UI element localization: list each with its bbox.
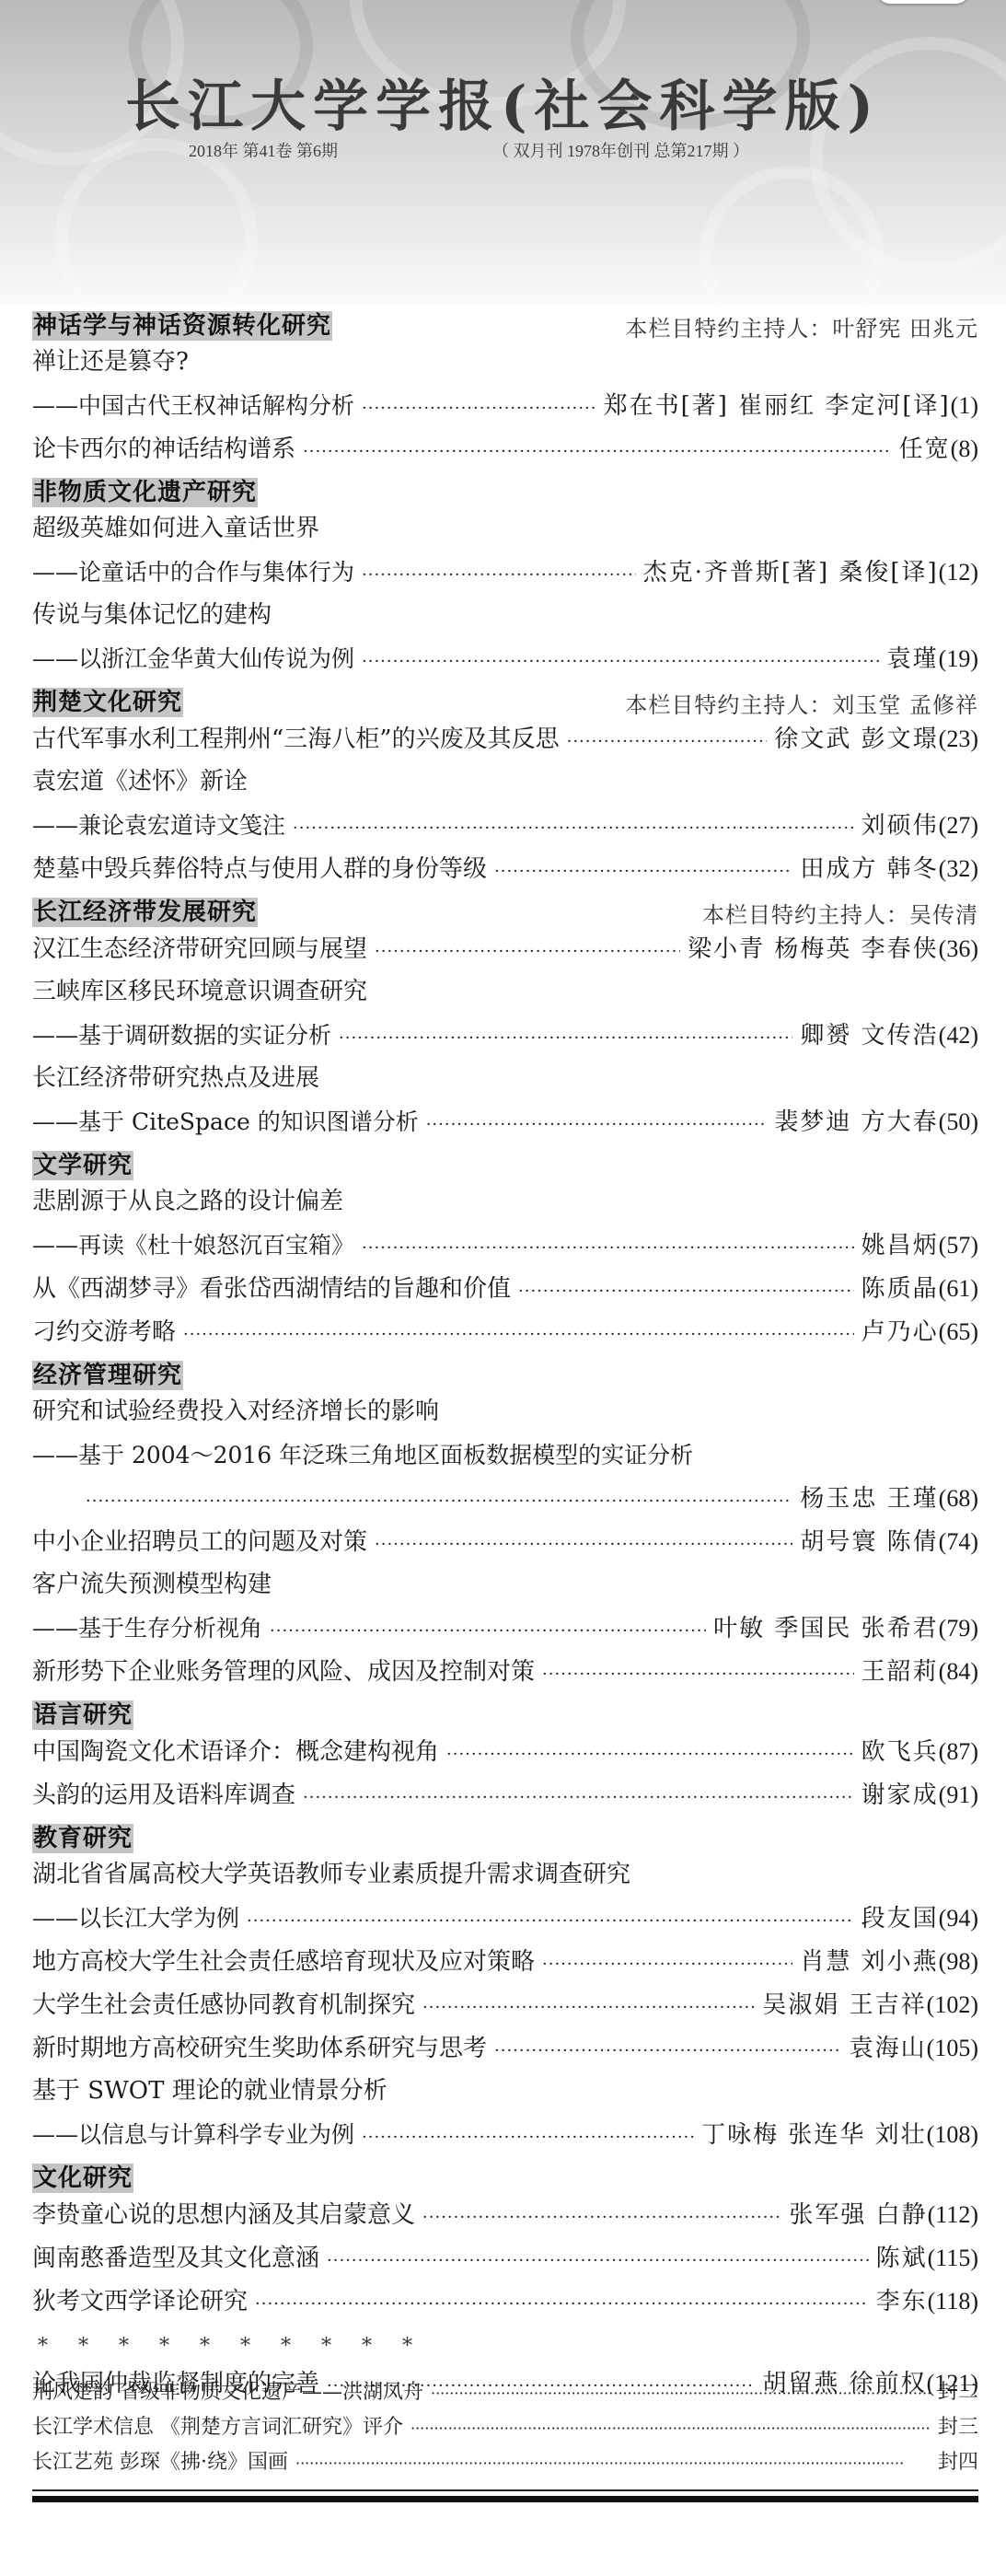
entry-page: (42) xyxy=(939,1014,978,1057)
section-label: 文化研究 xyxy=(32,2164,133,2193)
toc-entry[interactable]: ——以长江大学为例段友国(94) xyxy=(32,1897,978,1940)
leader-dots xyxy=(375,930,680,970)
entry-title: ——基于 2004～2016 年泛珠三角地区面板数据模型的实证分析 xyxy=(32,1433,693,1477)
divider-thin xyxy=(32,2489,978,2491)
entry-title: ——论童话中的合作与集体行为 xyxy=(32,551,354,594)
entry-title: 湖北省省属高校大学英语教师专业素质提升需求调查研究 xyxy=(32,1853,630,1897)
leader-dots xyxy=(362,1226,854,1267)
cover-title: 长江艺苑 彭琛《拂·绕》国画 xyxy=(32,2445,288,2480)
toc-entry[interactable]: ——兼论袁宏道诗文笺注刘硕伟(27) xyxy=(32,804,978,847)
cover-page: 封四 xyxy=(938,2445,978,2480)
toc-entry[interactable]: 客户流失预测模型构建 xyxy=(32,1563,978,1607)
cover-page: 封二 xyxy=(938,2375,978,2410)
entry-title: ——兼论袁宏道诗文笺注 xyxy=(32,804,285,847)
entry-page: (108) xyxy=(927,2113,978,2156)
entry-authors: 卢乃心 xyxy=(861,1311,939,1353)
entry-title: 楚墓中毁兵葬俗特点与使用人群的身份等级 xyxy=(32,848,487,890)
entry-title: ——中国古代王权神话解构分析 xyxy=(32,384,354,427)
entry-authors: 段友国 xyxy=(861,1897,939,1940)
leader-dots xyxy=(362,387,596,427)
entry-authors: 叶敏 季国民 张希君 xyxy=(713,1607,939,1650)
entry-title: 悲剧源于从良之路的设计偏差 xyxy=(32,1180,343,1224)
entry-page: (87) xyxy=(939,1730,978,1773)
toc-entry[interactable]: 中小企业招聘员工的问题及对策胡号寰 陈倩(74) xyxy=(32,1520,978,1563)
toc-entry[interactable]: 湖北省省属高校大学英语教师专业素质提升需求调查研究 xyxy=(32,1853,978,1897)
leader-dots xyxy=(542,1943,792,1983)
entry-authors: 徐文武 彭文璟 xyxy=(774,718,938,760)
corner-tab xyxy=(877,0,969,4)
section-label: 教育研究 xyxy=(32,1824,133,1853)
entry-authors: 谢家成 xyxy=(861,1774,939,1816)
section-header: 神话学与神话资源转化研究本栏目特约主持人：叶舒宪 田兆元 xyxy=(32,311,978,341)
toc-entry[interactable]: ——基于调研数据的实证分析卿赟 文传浩(42) xyxy=(32,1014,978,1057)
entry-authors: 李东 xyxy=(876,2280,928,2323)
leader-dots xyxy=(339,1016,792,1057)
entry-page: (65) xyxy=(939,1310,978,1353)
entry-authors: 杨玉忠 王瑾 xyxy=(800,1478,938,1520)
entry-title: 古代军事水利工程荆州“三海八柜”的兴废及其反思 xyxy=(32,718,560,760)
entry-title: ——再读《杜十娘怒沉百宝箱》 xyxy=(32,1224,354,1267)
cover-title: 长江学术信息 《荆楚方言词汇研究》评介 xyxy=(32,2410,403,2445)
toc-entry[interactable]: ——基于 CiteSpace 的知识图谱分析裴梦迪 方大春(50) xyxy=(32,1100,978,1143)
leader-dots xyxy=(362,640,880,680)
cover-title: 荆风楚韵 省级非物质文化遗产——洪湖凤舟 xyxy=(32,2375,423,2410)
entry-authors: 袁海山 xyxy=(850,2027,927,2070)
leader-dots xyxy=(86,1479,792,1520)
leader-dots xyxy=(542,1653,854,1693)
leader-dots xyxy=(422,2196,781,2236)
toc-entry[interactable]: 古代军事水利工程荆州“三海八柜”的兴废及其反思徐文武 彭文璟(23) xyxy=(32,717,978,760)
leader-dots xyxy=(426,1103,768,1143)
toc-entry[interactable]: 研究和试验经费投入对经济增长的影响 xyxy=(32,1390,978,1433)
section-label: 经济管理研究 xyxy=(32,1361,183,1390)
entry-title: 从《西湖梦寻》看张岱西湖情结的旨趣和价值 xyxy=(32,1268,511,1310)
leader-dots xyxy=(255,2282,869,2323)
entry-title: ——基于调研数据的实证分析 xyxy=(32,1014,331,1057)
toc-entry[interactable]: ——以浙江金华黄大仙传说为例袁瑾(19) xyxy=(32,637,978,680)
entry-authors: 丁咏梅 张连华 刘壮 xyxy=(701,2114,927,2156)
entry-title: 狄考文西学译论研究 xyxy=(32,2280,248,2323)
leader-dots xyxy=(295,2446,931,2480)
toc-entry[interactable]: 中国陶瓷文化术语译介：概念建构视角欧飞兵(87) xyxy=(32,1730,978,1773)
toc-entry[interactable]: 狄考文西学译论研究李东(118) xyxy=(32,2280,978,2323)
leader-dots xyxy=(362,553,636,594)
section-header: 语言研究 xyxy=(32,1700,978,1730)
leader-dots xyxy=(303,430,892,470)
toc-entry[interactable]: 论卡西尔的神话结构谱系任宽(8) xyxy=(32,427,978,470)
entry-page: (12) xyxy=(939,551,978,594)
entry-page: (102) xyxy=(927,1983,978,2026)
toc-entry[interactable]: 李贽童心说的思想内涵及其启蒙意义张军强 白静(112) xyxy=(32,2193,978,2236)
toc-entry[interactable]: ——基于生存分析视角叶敏 季国民 张希君(79) xyxy=(32,1607,978,1650)
issue-info: 2018年 第41卷 第6期 xyxy=(189,138,338,162)
entry-title: ——基于 CiteSpace 的知识图谱分析 xyxy=(32,1100,419,1143)
entry-page: (84) xyxy=(939,1650,978,1693)
toc-entry[interactable]: 头韵的运用及语料库调查谢家成(91) xyxy=(32,1773,978,1816)
toc-entry[interactable]: 地方高校大学生社会责任感培育现状及应对策略肖慧 刘小燕(98) xyxy=(32,1940,978,1983)
entry-title: 地方高校大学生社会责任感培育现状及应对策略 xyxy=(32,1941,535,1983)
section-label: 文学研究 xyxy=(32,1151,133,1180)
entry-authors: 胡号寰 陈倩 xyxy=(800,1521,938,1563)
entry-title: 超级英雄如何进入童话世界 xyxy=(32,507,319,551)
leader-dots xyxy=(422,1986,755,2026)
entry-title: 闽南憨番造型及其文化意涵 xyxy=(32,2237,319,2280)
entry-title: 新时期地方高校研究生奖助体系研究与思考 xyxy=(32,2027,487,2070)
entry-page: (32) xyxy=(939,847,978,890)
publication-info: （ 双月刊 1978年创刊 总第217期 ） xyxy=(492,138,749,162)
entry-page: (36) xyxy=(939,927,978,970)
leader-dots xyxy=(410,2411,931,2445)
leader-dots xyxy=(446,1733,854,1773)
entry-authors: 肖慧 刘小燕 xyxy=(800,1941,938,1983)
journal-title: 长江大学学报(社会科学版) xyxy=(0,63,1006,142)
section-label: 荆楚文化研究 xyxy=(32,688,183,717)
entry-authors: 田成方 韩冬 xyxy=(800,848,938,890)
entry-page: (19) xyxy=(939,637,978,680)
entry-page: (23) xyxy=(939,717,978,760)
section-label: 非物质文化遗产研究 xyxy=(32,478,258,507)
toc-entry[interactable]: 三峡库区移民环境意识调查研究 xyxy=(32,970,978,1014)
entry-title: 研究和试验经费投入对经济增长的影响 xyxy=(32,1390,439,1433)
toc-entry[interactable]: ——以信息与计算科学专业为例丁咏梅 张连华 刘壮(108) xyxy=(32,2113,978,2156)
entry-title: ——基于生存分析视角 xyxy=(32,1607,262,1650)
divider-thick xyxy=(32,2496,978,2502)
entry-authors: 袁瑾 xyxy=(887,638,939,680)
leader-dots xyxy=(494,2029,842,2070)
entry-authors: 任宽 xyxy=(899,428,951,470)
toc-entry[interactable]: 从《西湖梦寻》看张岱西湖情结的旨趣和价值陈质晶(61) xyxy=(32,1267,978,1310)
toc-entry[interactable]: 传说与集体记忆的建构 xyxy=(32,594,978,637)
section-label: 语言研究 xyxy=(32,1700,133,1730)
entry-page: (57) xyxy=(939,1224,978,1267)
entry-authors: 姚昌炳 xyxy=(861,1224,939,1267)
leader-dots xyxy=(362,2116,694,2156)
entry-title: 大学生社会责任感协同教育机制探究 xyxy=(32,1984,415,2026)
entry-page: (8) xyxy=(951,427,978,470)
leader-dots xyxy=(270,1609,706,1650)
toc-entry[interactable]: 闽南憨番造型及其文化意涵陈斌(115) xyxy=(32,2236,978,2280)
entry-title: 长江经济带研究热点及进展 xyxy=(32,1057,319,1100)
toc-entry[interactable]: 袁宏道《述怀》新诠 xyxy=(32,760,978,804)
toc-entry[interactable]: 大学生社会责任感协同教育机制探究吴淑娟 王吉祥(102) xyxy=(32,1983,978,2026)
leader-dots xyxy=(183,1313,854,1353)
entry-title: ——以信息与计算科学专业为例 xyxy=(32,2113,354,2156)
leader-dots xyxy=(518,1270,854,1310)
toc-entry[interactable]: 刁约交游考略卢乃心(65) xyxy=(32,1310,978,1353)
toc-entry[interactable]: 杨玉忠 王瑾(68) xyxy=(32,1477,978,1520)
leader-dots xyxy=(327,2239,869,2280)
section-header: 文学研究 xyxy=(32,1151,978,1180)
toc-entry[interactable]: 新形势下企业账务管理的风险、成因及控制对策王韶莉(84) xyxy=(32,1650,978,1693)
entry-authors: 王韶莉 xyxy=(861,1651,939,1693)
entry-page: (50) xyxy=(939,1100,978,1143)
section-header: 荆楚文化研究本栏目特约主持人：刘玉堂 孟修祥 xyxy=(32,688,978,717)
leader-dots xyxy=(247,1899,854,1940)
toc-entry[interactable]: ——再读《杜十娘怒沉百宝箱》姚昌炳(57) xyxy=(32,1224,978,1267)
section-host: 本栏目特约主持人：叶舒宪 田兆元 xyxy=(625,310,978,342)
toc-entry[interactable]: 超级英雄如何进入童话世界 xyxy=(32,507,978,551)
section-host: 本栏目特约主持人：吴传清 xyxy=(702,897,978,929)
entry-page: (91) xyxy=(939,1773,978,1816)
entry-page: (115) xyxy=(928,2236,978,2280)
entry-authors: 陈质晶 xyxy=(861,1268,939,1310)
section-header: 非物质文化遗产研究 xyxy=(32,478,978,507)
section-header: 文化研究 xyxy=(32,2164,978,2193)
toc-entry[interactable]: 悲剧源于从良之路的设计偏差 xyxy=(32,1180,978,1224)
entry-authors: 杰克·齐普斯[著] 桑俊[译] xyxy=(643,551,939,594)
section-header: 教育研究 xyxy=(32,1824,978,1853)
entry-page: (98) xyxy=(939,1940,978,1983)
entry-page: (105) xyxy=(927,2026,978,2070)
entry-authors: 吴淑娟 王吉祥 xyxy=(762,1984,926,2026)
entry-authors: 陈斌 xyxy=(876,2237,928,2280)
separator-stars: * * * * * * * * * * xyxy=(32,2323,978,2361)
toc-entry[interactable]: 汉江生态经济带研究回顾与展望梁小青 杨梅英 李春侠(36) xyxy=(32,927,978,970)
entry-title: 汉江生态经济带研究回顾与展望 xyxy=(32,928,367,970)
entry-page: (118) xyxy=(928,2280,978,2323)
section-host: 本栏目特约主持人：刘玉堂 孟修祥 xyxy=(625,687,978,719)
toc-entry[interactable]: ——论童话中的合作与集体行为杰克·齐普斯[著] 桑俊[译](12) xyxy=(32,551,978,594)
toc-entry[interactable]: 新时期地方高校研究生奖助体系研究与思考袁海山(105) xyxy=(32,2026,978,2070)
entry-title: 头韵的运用及语料库调查 xyxy=(32,1774,295,1816)
cover-entry[interactable]: 长江学术信息 《荆楚方言词汇研究》评介封三 xyxy=(32,2410,978,2445)
entry-title: 新形势下企业账务管理的风险、成因及控制对策 xyxy=(32,1651,535,1693)
cover-items: 荆风楚韵 省级非物质文化遗产——洪湖凤舟封二长江学术信息 《荆楚方言词汇研究》评… xyxy=(32,2375,978,2480)
leader-dots xyxy=(293,806,854,847)
section-header: 经济管理研究 xyxy=(32,1361,978,1390)
entry-title: ——以浙江金华黄大仙传说为例 xyxy=(32,637,354,680)
entry-authors: 梁小青 杨梅英 李春侠 xyxy=(688,928,939,970)
entry-page: (61) xyxy=(939,1267,978,1310)
entry-page: (94) xyxy=(939,1897,978,1940)
table-of-contents: 神话学与神话资源转化研究本栏目特约主持人：叶舒宪 田兆元禅让还是篡夺?——中国古… xyxy=(32,304,978,2405)
leader-dots xyxy=(494,850,792,890)
toc-entry[interactable]: ——基于 2004～2016 年泛珠三角地区面板数据模型的实证分析 xyxy=(32,1433,978,1477)
entry-authors: 刘硕伟 xyxy=(861,805,939,847)
leader-dots xyxy=(303,1776,854,1816)
section-label: 长江经济带发展研究 xyxy=(32,898,258,927)
cover-entry[interactable]: 荆风楚韵 省级非物质文化遗产——洪湖凤舟封二 xyxy=(32,2375,978,2410)
toc-entry[interactable]: 楚墓中毁兵葬俗特点与使用人群的身份等级田成方 韩冬(32) xyxy=(32,847,978,890)
leader-dots xyxy=(567,720,768,760)
entry-page: (68) xyxy=(939,1477,978,1520)
entry-authors: 张军强 白静 xyxy=(789,2194,927,2236)
entry-title: 三峡库区移民环境意识调查研究 xyxy=(32,970,367,1014)
entry-page: (27) xyxy=(939,804,978,847)
entry-title: 论卡西尔的神话结构谱系 xyxy=(32,428,295,470)
entry-page: (1) xyxy=(951,384,978,427)
toc-entry[interactable]: 基于 SWOT 理论的就业情景分析 xyxy=(32,2070,978,2113)
entry-page: (79) xyxy=(939,1607,978,1650)
cover-entry[interactable]: 长江艺苑 彭琛《拂·绕》国画封四 xyxy=(32,2445,978,2480)
section-header: 长江经济带发展研究本栏目特约主持人：吴传清 xyxy=(32,898,978,927)
entry-authors: 郑在书[著] 崔丽红 李定河[译] xyxy=(604,385,951,427)
entry-title: 袁宏道《述怀》新诠 xyxy=(32,760,248,804)
entry-title: 客户流失预测模型构建 xyxy=(32,1563,272,1607)
entry-authors: 卿赟 文传浩 xyxy=(800,1015,938,1057)
entry-title: 传说与集体记忆的建构 xyxy=(32,594,272,637)
entry-title: 禅让还是篡夺? xyxy=(32,341,189,384)
section-label: 神话学与神话资源转化研究 xyxy=(32,311,332,341)
entry-title: 李贽童心说的思想内涵及其启蒙意义 xyxy=(32,2194,415,2236)
toc-entry[interactable]: ——中国古代王权神话解构分析郑在书[著] 崔丽红 李定河[译](1) xyxy=(32,384,978,427)
entry-title: 刁约交游考略 xyxy=(32,1311,176,1353)
entry-page: (74) xyxy=(939,1520,978,1563)
entry-authors: 裴梦迪 方大春 xyxy=(774,1101,938,1143)
entry-title: 基于 SWOT 理论的就业情景分析 xyxy=(32,2070,387,2113)
entry-title: 中国陶瓷文化术语译介：概念建构视角 xyxy=(32,1731,439,1773)
leader-dots xyxy=(431,2376,931,2410)
entry-title: 中小企业招聘员工的问题及对策 xyxy=(32,1521,367,1563)
entry-page: (112) xyxy=(928,2193,978,2236)
entry-authors: 欧飞兵 xyxy=(861,1731,939,1773)
leader-dots xyxy=(375,1523,792,1563)
cover-page: 封三 xyxy=(938,2410,978,2445)
toc-entry[interactable]: 禅让还是篡夺? xyxy=(32,341,978,384)
entry-title: ——以长江大学为例 xyxy=(32,1897,239,1940)
toc-entry[interactable]: 长江经济带研究热点及进展 xyxy=(32,1057,978,1100)
